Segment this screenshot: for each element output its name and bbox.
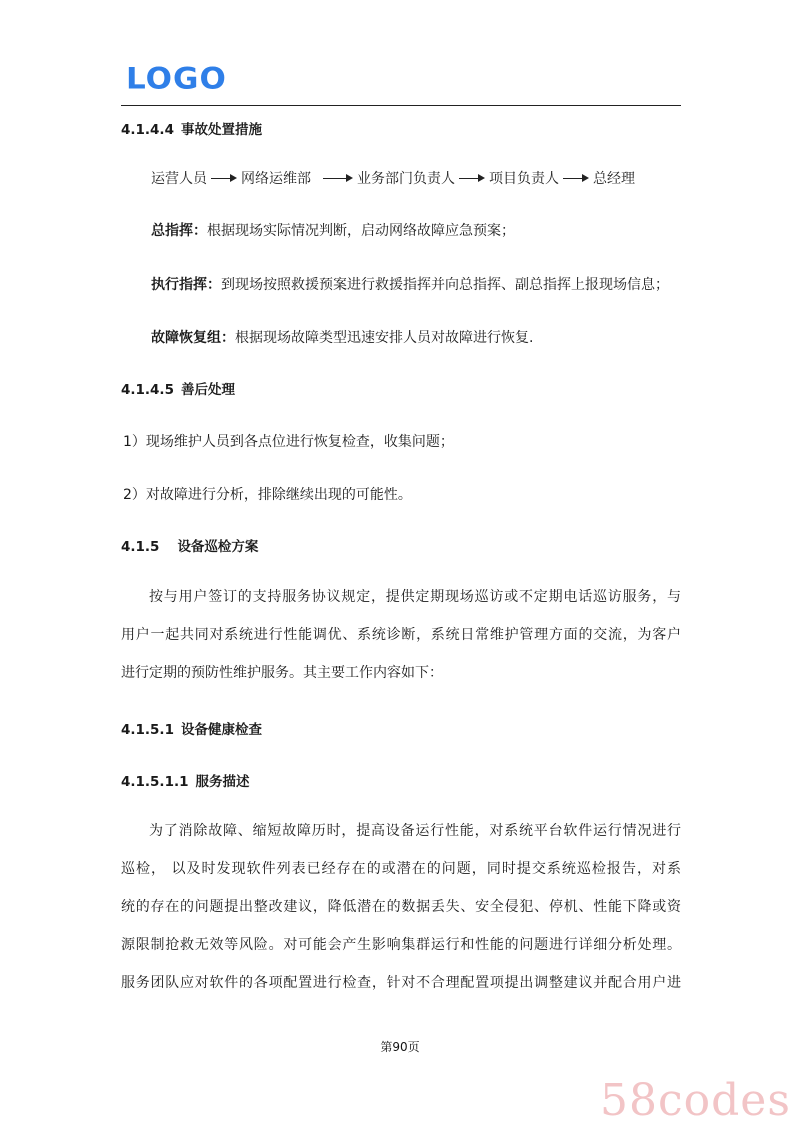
role-label: 故障恢复组：	[151, 330, 235, 346]
paragraph-line: 按与用户签订的支持服务协议规定，提供定期现场巡访或不定期电话巡访服务，与	[121, 578, 681, 616]
escalation-flow: 运营人员 网络运维部 业务部门负责人 项目负责人 总经理	[151, 168, 635, 188]
role-text: 根据现场故障类型迅速安排人员对故障进行恢复.	[235, 330, 533, 346]
logo: LOGO	[126, 63, 227, 95]
arrow-right-icon	[459, 173, 485, 183]
paragraph-line: 统的存在的问题提出整改建议，降低潜在的数据丢失、安全侵犯、停机、性能下降或资	[121, 888, 681, 926]
section-heading-4-1-5-1: 4.1.5.1设备健康检查	[121, 721, 262, 739]
inspection-intro-paragraph: 按与用户签订的支持服务协议规定，提供定期现场巡访或不定期电话巡访服务，与 用户一…	[121, 578, 681, 692]
paragraph-line: 进行定期的预防性维护服务。其主要工作内容如下：	[121, 654, 681, 692]
section-title: 善后处理	[181, 382, 235, 398]
arrow-right-icon	[563, 173, 589, 183]
section-heading-4-1-5-1-1: 4.1.5.1.1服务描述	[121, 773, 249, 791]
flow-node-network-ops: 网络运维部	[241, 168, 311, 188]
paragraph-line: 为了消除故障、缩短故障历时，提高设备运行性能，对系统平台软件运行情况进行	[121, 812, 681, 850]
section-heading-4-1-4-5: 4.1.4.5善后处理	[121, 381, 235, 399]
section-title: 设备巡检方案	[177, 539, 258, 555]
role-text: 根据现场实际情况判断，启动网络故障应急预案；	[207, 223, 515, 239]
aftercare-item-1: 1）现场维护人员到各点位进行恢复检查，收集问题；	[123, 433, 454, 451]
section-number: 4.1.4.5	[121, 382, 174, 398]
role-label: 执行指挥：	[151, 277, 221, 293]
role-label: 总指挥：	[151, 223, 207, 239]
page-number: 第90页	[0, 1038, 800, 1055]
section-heading-4-1-4-4: 4.1.4.4事故处置措施	[121, 121, 262, 139]
section-heading-4-1-5: 4.1.5设备巡检方案	[121, 538, 258, 556]
header-divider	[121, 105, 681, 106]
arrow-right-icon	[211, 173, 237, 183]
section-number: 4.1.5	[121, 539, 159, 555]
paragraph-line: 巡检， 以及时发现软件列表已经存在的或潜在的问题，同时提交系统巡检报告，对系	[121, 850, 681, 888]
section-number: 4.1.5.1.1	[121, 774, 188, 790]
paragraph-line: 源限制抢救无效等风险。对可能会产生影响集群运行和性能的问题进行详细分析处理。	[121, 926, 681, 964]
service-description-paragraph: 为了消除故障、缩短故障历时，提高设备运行性能，对系统平台软件运行情况进行 巡检，…	[121, 812, 681, 1002]
section-title: 设备健康检查	[181, 722, 262, 738]
section-number: 4.1.5.1	[121, 722, 174, 738]
paragraph-line: 服务团队应对软件的各项配置进行检查，针对不合理配置项提出调整建议并配合用户进	[121, 964, 681, 1002]
section-title: 服务描述	[195, 774, 249, 790]
paragraph-line: 用户一起共同对系统进行性能调优、系统诊断，系统日常维护管理方面的交流，为客户	[121, 616, 681, 654]
flow-node-project-lead: 项目负责人	[489, 168, 559, 188]
role-text: 到现场按照救援预案进行救援指挥并向总指挥、副总指挥上报现场信息；	[221, 277, 669, 293]
section-number: 4.1.4.4	[121, 122, 174, 138]
arrow-right-icon	[323, 173, 353, 183]
flow-node-dept-lead: 业务部门负责人	[357, 168, 455, 188]
section-title: 事故处置措施	[181, 122, 262, 138]
role-commander: 总指挥：根据现场实际情况判断，启动网络故障应急预案；	[151, 222, 515, 240]
flow-node-operations-staff: 运营人员	[151, 168, 207, 188]
flow-node-general-manager: 总经理	[593, 168, 635, 188]
aftercare-item-2: 2）对故障进行分析，排除继续出现的可能性。	[123, 486, 412, 504]
role-executive-commander: 执行指挥：到现场按照救援预案进行救援指挥并向总指挥、副总指挥上报现场信息；	[151, 276, 669, 294]
role-recovery-team: 故障恢复组：根据现场故障类型迅速安排人员对故障进行恢复.	[151, 329, 533, 347]
watermark: 58codes	[600, 1075, 791, 1126]
